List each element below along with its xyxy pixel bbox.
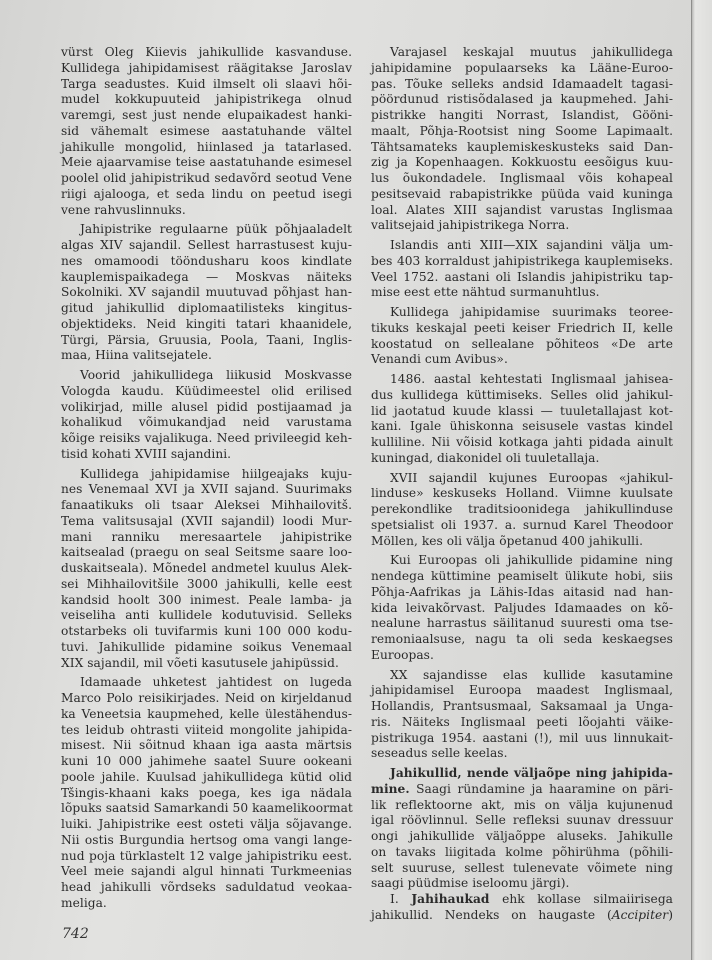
text-line: Möllen, kes oli välja õpetanud 400 jahik… [371,534,673,550]
text-line: vene rahvuslinnuks. [61,203,352,219]
text-line: kohalikud võimukandjad neid varustama [61,415,352,431]
text-line: kõige reisiks vajalikuga. Need privileeg… [61,431,352,447]
text-line: loal. Alates XIII sajandist varustas Ing… [371,203,673,219]
text-line: lid jaotatud kuude klassi — tuuletallaja… [371,404,673,420]
right-column-body: Varajasel keskajal muutus jahikullidegaj… [371,45,673,762]
text-line: Islandis anti XIII—XIX sajandini välja u… [371,238,673,254]
text-line: pistrikke hangiti Norrast, Islandist, Gö… [371,108,673,124]
list-number: I. [390,892,411,906]
text-line: lus õukondadele. Inglismaal võis kohapea… [371,171,673,187]
text-line: XVII sajandil kujunes Euroopas «jahikul- [371,471,673,487]
text-line: riigi ajalooga, et seda lindu on peetud … [61,187,352,203]
page-edge [691,0,712,960]
text-line: saagi püüdmise iseloomu järgi). [371,876,673,892]
text-line: kaitsealad (praegu on seal Seitsme saare… [61,545,352,561]
text-line: Targa seadustes. Kuid ilmselt oli slaavi… [61,77,352,93]
text-line: maa, Hiina valitsejatele. [61,348,352,364]
text-line: tisid kohati XVIII sajandini. [61,447,352,463]
text-line: Kui Euroopas oli jahikullide pidamine ni… [371,553,673,569]
text-line: Vologda kaudu. Küüdimeestel olid erilise… [61,384,352,400]
text-line: kuningad, diakonidel oli tuuletallaja. [371,451,673,467]
text-line: Hollandis, Prantsusmaal, Saksamaal ja Un… [371,699,673,715]
text-line: Tšingis-khaani kaks poega, kes iga nädal… [61,786,352,802]
text-line: Kullidega jahipidamise hiilgeajaks kuju- [61,467,352,483]
section-heading-line: Jahikullid, nende väljaõpe ning jahipida… [371,766,673,782]
text-line: remoniaalsuse, nagu ta oli seda keskaegs… [371,632,673,648]
text-line: XX sajandisse elas kullide kasutamine [371,668,673,684]
text-line: kuni 10 000 jahimehe saatel Suure ookean… [61,754,352,770]
text-line: Veel 1752. aastani oli Islandis jahipist… [371,270,673,286]
text-line: objektideks. Neid kingiti tatari khaanid… [61,317,352,333]
text-line: pesitsevaid rabapistrikke püüda vaid kun… [371,187,673,203]
text-line: lõpuks saatsid Samarkandi 50 kaamelikoor… [61,801,352,817]
text-line: koostatud on sellealane põhiteos «De art… [371,337,673,353]
text-line: linduse» keskuseks Holland. Viimne kuuls… [371,486,673,502]
text-line: seseadus selle keelas. [371,746,673,762]
text-line: pas. Tõuke selleks andsid Idamaadelt tag… [371,77,673,93]
term-jahihaukad: Jahihaukad [411,892,489,906]
text-line: Euroopas. [371,648,673,664]
text-line: jahipidamisel Euroopa maadest Inglismaal… [371,683,673,699]
text-line: Nii ostis Burgundia hertsog oma vangi la… [61,833,352,849]
text-line: poolel olid jahipistrikud sedavõrd seotu… [61,171,352,187]
text-line: sei Mihhailovitšile 3000 jahikulli, kell… [61,577,352,593]
text-line: tuvi. Jahikullide pidamine soikus Venema… [61,640,352,656]
text-line: selt suuruse, sellest tulenevate võimete… [371,861,673,877]
text-line: Jahipistrike regulaarne püük põhjaaladel… [61,222,352,238]
paragraph-text: jahikullid. Nendeks on haugaste ( [371,908,612,922]
text-line: nealune harrastus säilitanud suuresti om… [371,616,673,632]
text-line: Voorid jahikullidega liikusid Moskvasse [61,368,352,384]
text-line: bes 403 korraldust jahipistrikega kauple… [371,254,673,270]
text-line: kulliline. Nii võisid kotkaga jahti pida… [371,435,673,451]
text-line: 1486. aastal kehtestati Inglismaal jahis… [371,372,673,388]
text-line: poole jahile. Kuulsad jahikullidega küti… [61,770,352,786]
text-line: jahikullid. Nendeks on haugaste (Accipit… [371,908,673,924]
text-line: tikuks keskajal peeti keiser Friedrich I… [371,321,673,337]
page-number: 742 [62,926,89,942]
text-line: algas XIV sajandil. Sellest harrastusest… [61,238,352,254]
text-line: Türgi, Pärsia, Gruusia, Poola, Taani, In… [61,333,352,349]
text-line: XIX sajandil, mil võeti kasutusele jahip… [61,656,352,672]
text-line: mani ranniku meresaartele jahipistrike [61,530,352,546]
latin-term: Accipiter [612,908,668,922]
section-heading-line-2: mine. Saagi ründamine ja haaramine on pä… [371,782,673,798]
text-line: Meie ajaarvamise teise aastatuhande esim… [61,155,352,171]
text-line: ongi jahikullide väljaõppe aluseks. Jahi… [371,829,673,845]
text-line: pistrikuga 1954. aastani (!), mil uus li… [371,731,673,747]
text-line: lik reflektoorne akt, mis on välja kujun… [371,798,673,814]
paragraph-text: Saagi ründamine ja haaramine on päri- [410,782,673,796]
text-line: pöördunud ristisõdalased ja kaupmehed. J… [371,92,673,108]
section-jahikullid: Jahikullid, nende väljaõpe ning jahipida… [371,766,673,924]
text-line: Veel meie sajandi algul hinnati Turkmeen… [61,864,352,880]
text-line: maalt, Põhja-Rootsist ning Soome Lapimaa… [371,124,673,140]
list-item-jahihaukad: I. Jahihaukad ehk kollase silmaiirisega [371,892,673,908]
text-line: kani. Igale ühiskonna seisusele vastas k… [371,419,673,435]
text-line: Venandi cum Avibus». [371,352,673,368]
text-line: zig ja Kopenhaagen. Kokkuostu eesõigus k… [371,155,673,171]
text-line: Tema valitsusajal (XVII sajandil) loodi … [61,514,352,530]
text-line: duskaitseala). Mõnedel andmetel kuulus A… [61,561,352,577]
text-line: misest. Nii sõitnud khaan iga aasta märt… [61,738,352,754]
text-line: jahikulle mongolid, hiinlased ja tatarla… [61,140,352,156]
text-line: Varajasel keskajal muutus jahikullidega [371,45,673,61]
text-line: otstarbeks oli tuvifarmis kuni 100 000 k… [61,624,352,640]
text-line: volikirjad, mille alusel pidid postijaam… [61,400,352,416]
text-line: mudel kokkupuuteid jahipistrikega olnud [61,92,352,108]
text-line: veiseliha anti kullidele kodutuvisid. Se… [61,608,352,624]
text-line: perekondlike traditsioonidega jahikullin… [371,502,673,518]
text-line: varemgi, sest just nende elupaikadest ha… [61,108,352,124]
text-line: gitud jahikullid diplomaatilisteks kingi… [61,301,352,317]
text-line: kida leivakõrvast. Paljudes Idamaades on… [371,601,673,617]
section-heading: Jahikullid, nende väljaõpe ning jahipida… [390,766,673,780]
text-line: mise eest ette nähtud surmanuhtlus. [371,285,673,301]
text-line: nes omamoodi tööndusharu koos kindlate [61,254,352,270]
text-line: Kullidega jahipidamise suurimaks teoree- [371,305,673,321]
text-line: Sokolniki. XV sajandil muutuvad põhjast … [61,285,352,301]
text-line: ris. Näiteks Inglismaal peeti lõojahti v… [371,715,673,731]
right-column: Varajasel keskajal muutus jahikullidegaj… [371,45,673,924]
text-line: on tavaks liigitada kolme põhirühma (põh… [371,845,673,861]
paragraph-text: ehk kollase silmaiirisega [490,892,673,906]
section-heading-cont: mine. [371,782,410,796]
text-line: nes Venemaal XVI ja XVII sajand. Suurima… [61,482,352,498]
text-line: nud poja türklastelt 12 valge jahipistri… [61,849,352,865]
text-line: luiki. Jahipistrike eest osteti välja sõ… [61,817,352,833]
text-line: spetsialist oli 1937. a. surnud Karel Th… [371,518,673,534]
text-line: igal röövlinnul. Selle refleksi suunav d… [371,813,673,829]
text-line: fanaatikuks oli tsaar Aleksei Mihhailovi… [61,498,352,514]
text-line: valitsejaid jahipistrikega Norra. [371,218,673,234]
text-line: vürst Oleg Kiievis jahikullide kasvandus… [61,45,352,61]
text-line: kandsid hoolt 300 inimest. Peale lamba- … [61,593,352,609]
text-line: sid vähemalt esimese aastatuhande vältel [61,124,352,140]
text-line: Tähtsamateks kauplemiskeskusteks said Da… [371,140,673,156]
left-column: vürst Oleg Kiievis jahikullide kasvandus… [61,45,352,912]
text-line: Kullidega jahipidamisest räägitakse Jaro… [61,61,352,77]
text-line: kauplemispaikadega — Moskvas näiteks [61,270,352,286]
text-line: dus kullidega küttimiseks. Selles olid j… [371,388,673,404]
text-line: Idamaade uhketest jahtidest on lugeda [61,675,352,691]
text-line: ka Veneetsia kaupmehed, kelle ülestähend… [61,707,352,723]
text-line: tes leidub ohtrasti viiteid mongolite ja… [61,723,352,739]
text-line: meliga. [61,896,352,912]
text-line: head jahikulli võrdseks saduldatud veoka… [61,880,352,896]
text-line: Marco Polo reisikirjades. Neid on kirjel… [61,691,352,707]
text-line: nendega küttimine peamiselt ülikute hobi… [371,569,673,585]
text-line: jahipidamine populaarseks ka Lääne-Euroo… [371,61,673,77]
paragraph-text: ) [668,908,673,922]
text-line: Põhja-Aafrikas ja Lähis-Idas aitasid nad… [371,585,673,601]
